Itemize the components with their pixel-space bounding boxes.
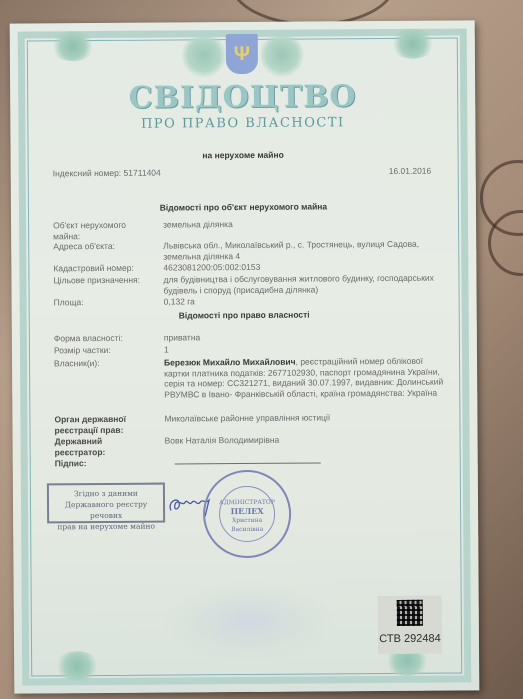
qr-code-icon bbox=[397, 600, 423, 626]
registry-stamp: Згідно з даними Державного реєстру речов… bbox=[47, 483, 165, 524]
owner-name: Березюк Михайло Михайлович bbox=[164, 357, 296, 368]
seal-patronymic: Василівна bbox=[205, 525, 289, 535]
oak-ornament-icon bbox=[390, 29, 436, 59]
index-number: 51711404 bbox=[124, 168, 161, 178]
stamp-line: Державного реєстру речових bbox=[49, 499, 163, 522]
certificate-document: Ψ СВІДОЦТВО ПРО ПРАВО ВЛАСНОСТІ на нерух… bbox=[10, 20, 480, 693]
trident-emblem-icon: Ψ bbox=[226, 34, 258, 74]
field-value: земельна ділянка bbox=[163, 218, 448, 230]
serial-number: СТВ 292484 bbox=[378, 633, 442, 645]
field-value: Львівська обл., Миколаївський р., с. Тро… bbox=[163, 239, 448, 262]
wreath-right-icon bbox=[260, 32, 304, 78]
document-title: СВІДОЦТВО bbox=[10, 78, 475, 116]
authority-label: Орган державної реєстрації прав: bbox=[54, 414, 154, 436]
field-value: 4623081200:05:002:0153 bbox=[163, 261, 448, 273]
official-seal: АДМІНІСТРАТОР ПЕЛЕХ Христина Василівна bbox=[203, 470, 292, 559]
field-value: приватна bbox=[164, 331, 449, 343]
field-label: Адреса об'єкта: bbox=[53, 241, 163, 252]
index-number-line: Індексний номер: 51711404 bbox=[53, 168, 161, 179]
field-label: Цільове призначення: bbox=[53, 275, 163, 286]
field-label: Форма власності: bbox=[54, 333, 164, 344]
issue-date: 16.01.2016 bbox=[389, 166, 432, 177]
wreath-left-icon bbox=[182, 32, 226, 78]
field-value: 0,132 га bbox=[164, 295, 449, 307]
field-label: Власник(и): bbox=[54, 358, 164, 369]
serial-label: СТВ 292484 bbox=[378, 596, 442, 654]
owner-info: Березюк Михайло Михайлович, реєстраційни… bbox=[164, 356, 449, 400]
authority-value: Миколаївське районне управління юстиції bbox=[164, 412, 449, 424]
oak-ornament-icon bbox=[54, 651, 100, 681]
oak-ornament-icon bbox=[50, 31, 96, 61]
field-label: Площа: bbox=[54, 297, 164, 308]
field-label: Кадастровий номер: bbox=[53, 263, 163, 274]
seal-text: АДМІНІСТРАТОР ПЕЛЕХ Христина Василівна bbox=[205, 498, 289, 535]
field-value: для будівництва і обслуговування житлово… bbox=[163, 273, 448, 296]
stamp-line: Згідно з даними bbox=[49, 488, 163, 500]
field-value: 1 bbox=[164, 343, 449, 355]
stamp-line: прав на нерухоме майно bbox=[49, 521, 163, 533]
field-label: Об'єкт нерухомого майна: bbox=[53, 220, 143, 242]
registrar-value: Вовк Наталія Володимирівна bbox=[165, 434, 450, 446]
registrar-label: Державний реєстратор: bbox=[55, 436, 135, 458]
field-label: Розмір частки: bbox=[54, 345, 164, 356]
index-label: Індексний номер: bbox=[53, 168, 122, 178]
signature-label: Підпис: bbox=[55, 458, 165, 469]
